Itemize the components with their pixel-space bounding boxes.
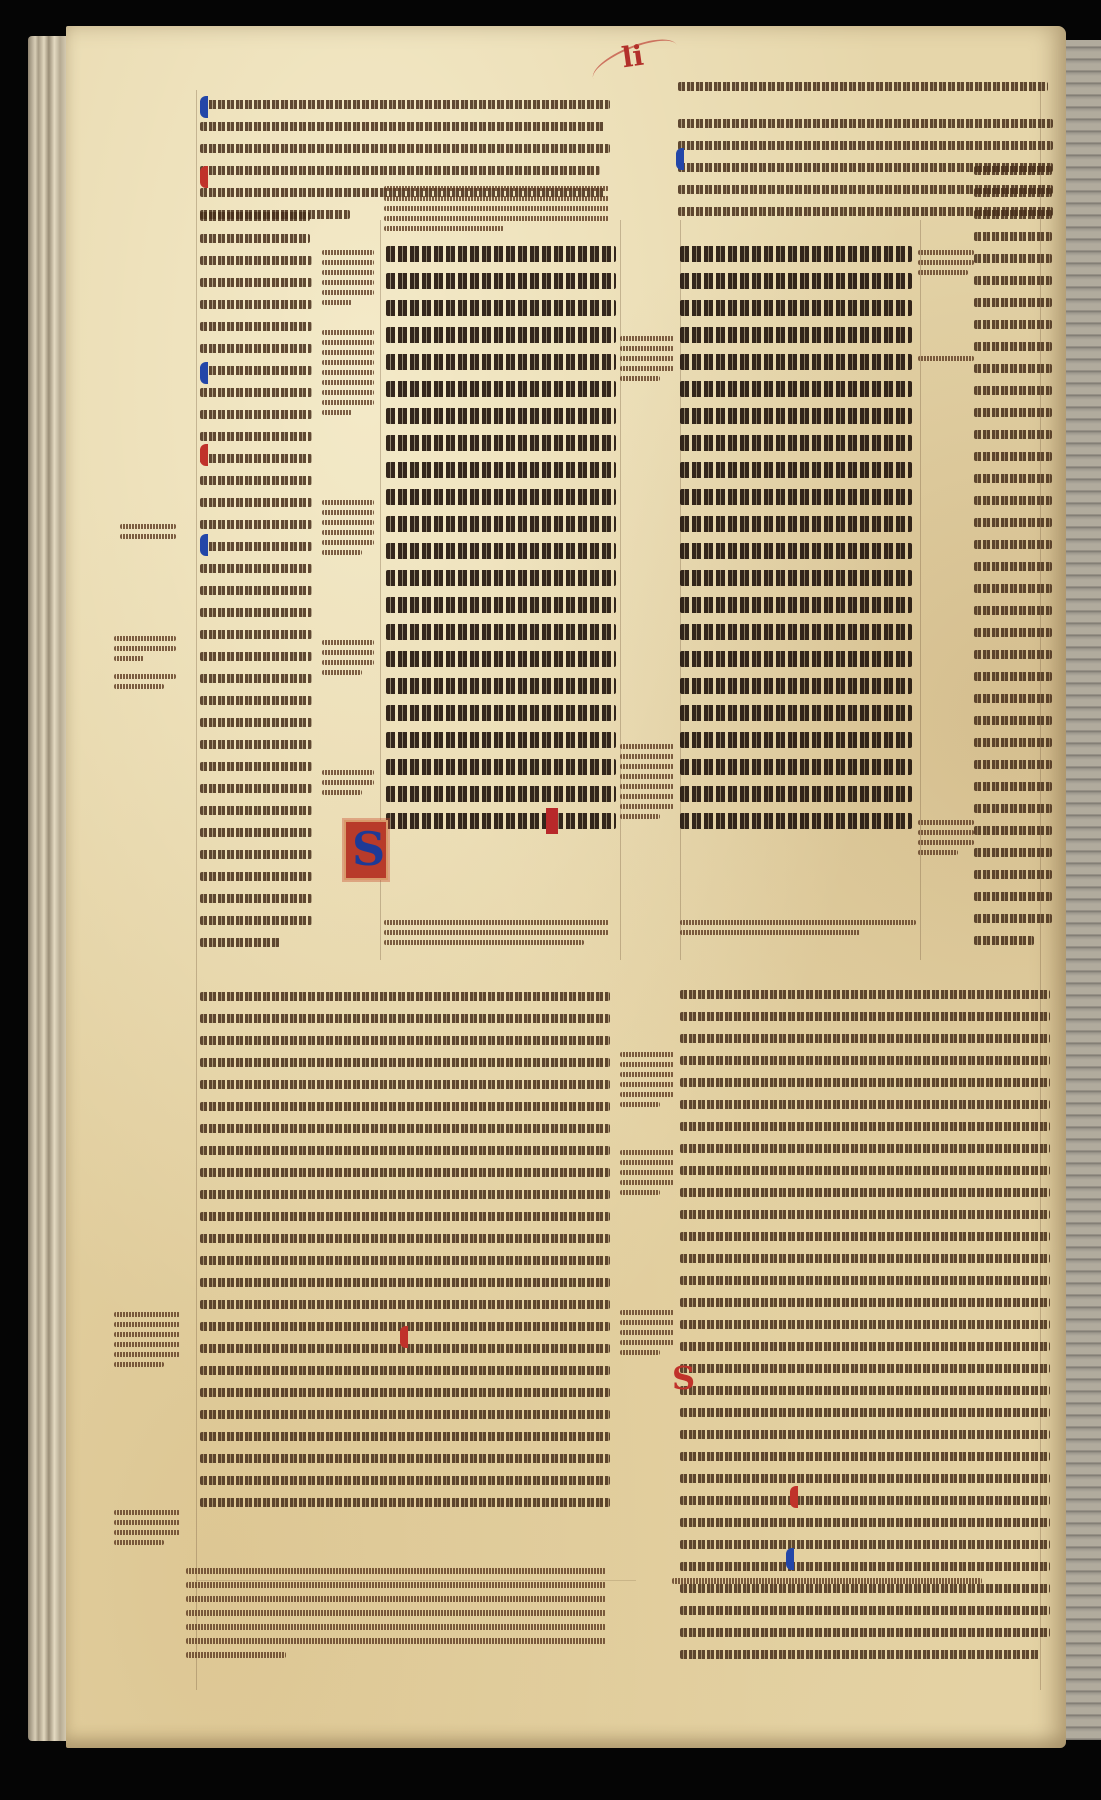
footer-annotation xyxy=(672,1578,992,1589)
interlinear-note xyxy=(322,770,378,800)
paraph-initial-red xyxy=(790,1486,798,1508)
interlinear-note xyxy=(620,336,678,386)
outer-margin-note xyxy=(114,1312,184,1372)
ruling-line xyxy=(620,220,621,960)
interlinear-note xyxy=(322,640,378,680)
paraph-initial-red xyxy=(400,1326,408,1348)
paraph-initial-blue xyxy=(200,96,208,118)
gloss-right-column xyxy=(974,166,1056,958)
paraph-initial-blue xyxy=(200,534,208,556)
outer-margin-note xyxy=(114,636,180,666)
paraph-initial-blue xyxy=(200,362,208,384)
interlinear-note xyxy=(620,1310,678,1360)
interlinear-note xyxy=(918,820,978,860)
paraph-initial-red xyxy=(200,166,208,188)
gloss-below-textus-right xyxy=(680,920,920,940)
gloss-lower-right xyxy=(680,990,1056,1672)
page-edges xyxy=(28,36,68,1741)
interlinear-note xyxy=(620,1052,678,1112)
interlinear-note xyxy=(322,330,378,420)
ruling-line xyxy=(196,90,197,1690)
paraph-initial-blue xyxy=(676,148,684,170)
outer-margin-note xyxy=(114,674,180,694)
facing-page-edge xyxy=(1060,40,1101,1740)
textus-left-column xyxy=(386,246,618,840)
textus-right-column xyxy=(680,246,916,840)
interlinear-note xyxy=(918,356,978,366)
outer-margin-note xyxy=(114,1510,184,1550)
decorated-initial-s xyxy=(344,820,388,880)
gloss-left-column xyxy=(200,212,320,960)
interlinear-note xyxy=(620,1150,678,1200)
interlinear-note xyxy=(322,250,378,310)
paraph-initial-red xyxy=(200,444,208,466)
interlinear-note xyxy=(620,744,678,824)
paraph-initial-blue xyxy=(786,1548,794,1570)
interlinear-note xyxy=(918,250,978,280)
outer-margin-note xyxy=(120,524,180,544)
red-initial-s xyxy=(672,1362,694,1392)
foliation-mark: li xyxy=(620,39,646,75)
gloss-below-textus-left xyxy=(384,920,614,950)
gloss-intro-note xyxy=(384,186,614,236)
red-capital xyxy=(546,808,558,834)
gloss-lower-left xyxy=(200,992,620,1520)
lower-margin-gloss xyxy=(186,1568,616,1666)
interlinear-note xyxy=(322,500,378,560)
